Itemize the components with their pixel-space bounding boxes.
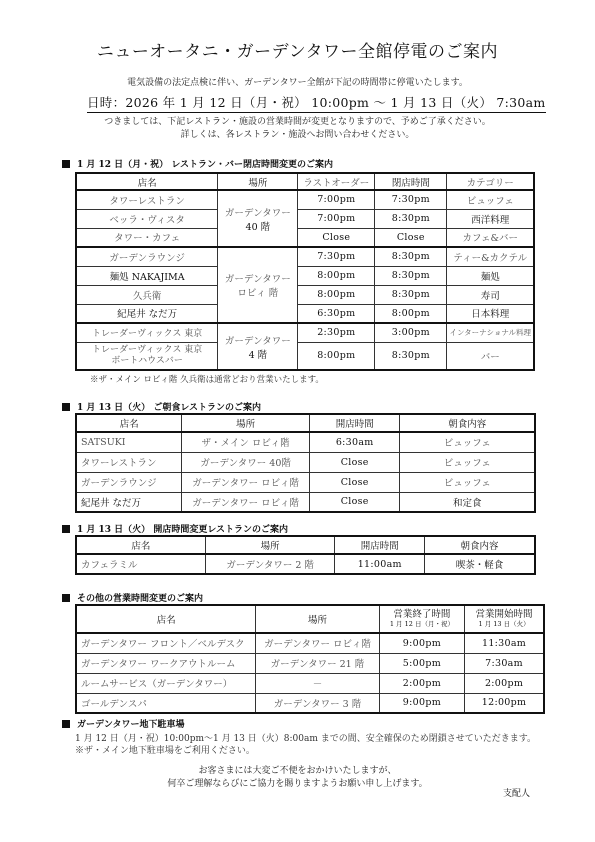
restaurant-name: トレーダーヴィックス 東京ボートハウスバー [76,342,218,370]
restaurant-name: 麺処 NAKAJIMA [76,266,218,285]
bullet-square-icon [62,403,70,411]
open-time: Close [310,452,400,472]
category: カフェ&バー [447,228,534,247]
facility-name: ゴールデンスパ [76,693,256,713]
col-header-name: 店名 [76,536,205,554]
last-order: 7:30pm [298,247,375,266]
table-row: トレーダーヴィックス 東京ボートハウスバー 8:00pm 8:30pm バー [76,342,534,370]
last-order: 8:00pm [298,342,375,370]
close-time: 8:30pm [375,266,447,285]
open-time: 11:00am [335,554,425,574]
start-time: 2:00pm [465,673,544,693]
close-time: 8:00pm [375,304,447,323]
col-header-location: 場所 [256,605,380,633]
start-time: 7:30am [465,653,544,673]
bullet-square-icon [62,160,70,168]
open-time: Close [310,492,400,512]
section-4-heading: その他の営業時間変更のご案内 [62,591,203,604]
bullet-square-icon [62,525,70,533]
open-time: 6:30am [310,432,400,452]
restaurant-name: ガーデンラウンジ [76,247,218,266]
other-hours-table: 店名 場所 営業終了時間1 月 12 日（月・祝） 営業開始時間1 月 13 日… [75,604,545,714]
restaurant-name: トレーダーヴィックス 東京 [76,323,218,342]
section-5-heading: ガーデンタワー地下駐車場 [62,717,184,730]
table-row: タワーレストラン ガーデンタワー40 階 7:00pm 7:30pm ビュッフェ [76,190,534,209]
outage-datetime: 日時：2026 年 1 月 12 日（月・祝） 10:00pm ～ 1 月 13… [87,93,546,113]
location: ガーデンタワー ロビィ階 [182,492,310,512]
start-time: 12:00pm [465,693,544,713]
restaurant-name: ベッラ・ヴィスタ [76,209,218,228]
opening-change-table: 店名 場所 開店時間 朝食内容 カフェラミル ガーデンタワー 2 階 11:00… [75,535,536,575]
table-row: タワー・カフェ Close Close カフェ&バー [76,228,534,247]
last-order: 8:00pm [298,266,375,285]
menu: 和定食 [400,492,535,512]
location: ガーデンタワー 2 階 [205,554,335,574]
restaurant-name: タワーレストラン [76,452,182,472]
end-time: 9:00pm [379,693,464,713]
location: ガーデンタワー 21 階 [256,653,380,673]
intro-text: 電気設備の法定点検に伴い、ガーデンタワー全館が下記の時間帯に停電いたします。 [0,75,595,88]
location-cell: ガーデンタワーロビィ 階 [218,247,298,323]
location-cell: ガーデンタワー4 階 [218,323,298,370]
parking-alternative-text: ※ザ・メイン地下駐車場をご利用ください。 [75,743,255,756]
last-order: 2:30pm [298,323,375,342]
menu: ビュッフェ [400,432,535,452]
restaurant-name: カフェラミル [76,554,205,574]
location: ガーデンタワー 3 階 [256,693,380,713]
table-row: 久兵衛 8:00pm 8:30pm 寿司 [76,285,534,304]
table-row: SATSUKI ザ・メイン ロビィ階 6:30am ビュッフェ [76,432,535,452]
table-row: タワーレストラン ガーデンタワー 40階 Close ビュッフェ [76,452,535,472]
category: ティー&カクテル [447,247,534,266]
facility-name: ガーデンタワー フロント／ベルデスク [76,633,256,653]
restaurant-name: ガーデンラウンジ [76,472,182,492]
table-row: ガーデンラウンジ ガーデンタワー ロビィ階 Close ビュッフェ [76,472,535,492]
col-header-location: 場所 [182,414,310,432]
closing-time-table: 店名 場所 ラストオーダー 閉店時間 カテゴリー タワーレストラン ガーデンタワ… [75,172,535,371]
col-header-open: 開店時間 [310,414,400,432]
col-header-start-time: 営業開始時間1 月 13 日（火） [465,605,544,633]
table-row: ゴールデンスパ ガーデンタワー 3 階 9:00pm 12:00pm [76,693,544,713]
open-time: Close [310,472,400,492]
breakfast-table: 店名 場所 開店時間 朝食内容 SATSUKI ザ・メイン ロビィ階 6:30a… [75,413,536,513]
restaurant-name: SATSUKI [76,432,182,452]
col-header-close: 閉店時間 [375,173,447,190]
closing-line-1: お客さまには大変ご不便をおかけいたしますが、 [0,765,595,778]
category: インターナショナル料理 [447,323,534,342]
category: 西洋料理 [447,209,534,228]
section-1-heading: 1 月 12 日（月・祝） レストラン・バー閉店時間変更のご案内 [62,157,333,170]
bullet-square-icon [62,720,70,728]
end-time: 9:00pm [379,633,464,653]
table-row: ガーデンラウンジ ガーデンタワーロビィ 階 7:30pm 8:30pm ティー&… [76,247,534,266]
restaurant-name: 久兵衛 [76,285,218,304]
close-time: 8:30pm [375,209,447,228]
col-header-name: 店名 [76,605,256,633]
location: ザ・メイン ロビィ階 [182,432,310,452]
facility-name: ルームサービス（ガーデンタワー） [76,673,256,693]
close-time: 8:30pm [375,285,447,304]
col-header-menu: 朝食内容 [425,536,535,554]
bullet-square-icon [62,594,70,602]
end-time: 5:00pm [379,653,464,673]
close-time: 8:30pm [375,342,447,370]
start-time: 11:30am [465,633,544,653]
section-2-heading: 1 月 13 日（火） ご朝食レストランのご案内 [62,400,261,413]
category: 日本料理 [447,304,534,323]
close-time: 7:30pm [375,190,447,209]
category: 寿司 [447,285,534,304]
table-row: 麺処 NAKAJIMA 8:00pm 8:30pm 麺処 [76,266,534,285]
table-row: ルームサービス（ガーデンタワー） － 2:00pm 2:00pm [76,673,544,693]
menu: ビュッフェ [400,452,535,472]
location: ガーデンタワー ロビィ階 [182,472,310,492]
last-order: 6:30pm [298,304,375,323]
location-cell: ガーデンタワー40 階 [218,190,298,247]
col-header-category: カテゴリー [447,173,534,190]
restaurant-name: 紀尾井 なだ万 [76,304,218,323]
page-title: ニューオータニ・ガーデンタワー全館停電のご案内 [0,37,595,62]
category: バー [447,342,534,370]
notice-line-1: つきましては、下記レストラン・施設の営業時間が変更となりますので、予めご了承くだ… [0,116,595,129]
last-order: 8:00pm [298,285,375,304]
table-row: ガーデンタワー フロント／ベルデスク ガーデンタワー ロビィ階 9:00pm 1… [76,633,544,653]
menu: 喫茶・軽食 [425,554,535,574]
restaurant-name: タワー・カフェ [76,228,218,247]
table-row: 紀尾井 なだ万 6:30pm 8:00pm 日本料理 [76,304,534,323]
close-time: 8:30pm [375,247,447,266]
close-time: 3:00pm [375,323,447,342]
location: ガーデンタワー ロビィ階 [256,633,380,653]
col-header-menu: 朝食内容 [400,414,535,432]
location: － [256,673,380,693]
menu: ビュッフェ [400,472,535,492]
notice-line-2: 詳しくは、各レストラン・施設へお問い合わせください。 [0,129,595,142]
last-order: 7:00pm [298,209,375,228]
facility-name: ガーデンタワー ワークアウトルーム [76,653,256,673]
col-header-last-order: ラストオーダー [298,173,375,190]
restaurant-name: 紀尾井 なだ万 [76,492,182,512]
last-order: Close [298,228,375,247]
location: ガーデンタワー 40階 [182,452,310,472]
last-order: 7:00pm [298,190,375,209]
close-time: Close [375,228,447,247]
table-row: トレーダーヴィックス 東京 ガーデンタワー4 階 2:30pm 3:00pm イ… [76,323,534,342]
col-header-location: 場所 [218,173,298,190]
section-1-note: ※ザ・メイン ロビィ階 久兵衛は通常どおり営業いたします。 [90,373,324,385]
col-header-open: 開店時間 [335,536,425,554]
col-header-end-time: 営業終了時間1 月 12 日（月・祝） [379,605,464,633]
category: ビュッフェ [447,190,534,209]
notice-text: つきましては、下記レストラン・施設の営業時間が変更となりますので、予めご了承くだ… [0,116,595,142]
restaurant-name: タワーレストラン [76,190,218,209]
end-time: 2:00pm [379,673,464,693]
signature: 支配人 [503,786,530,799]
col-header-location: 場所 [205,536,335,554]
table-row: 紀尾井 なだ万 ガーデンタワー ロビィ階 Close 和定食 [76,492,535,512]
category: 麺処 [447,266,534,285]
table-row: ガーデンタワー ワークアウトルーム ガーデンタワー 21 階 5:00pm 7:… [76,653,544,673]
table-row: ベッラ・ヴィスタ 7:00pm 8:30pm 西洋料理 [76,209,534,228]
col-header-name: 店名 [76,414,182,432]
col-header-name: 店名 [76,173,218,190]
section-3-heading: 1 月 13 日（火） 開店時間変更レストランのご案内 [62,522,288,535]
table-row: カフェラミル ガーデンタワー 2 階 11:00am 喫茶・軽食 [76,554,535,574]
